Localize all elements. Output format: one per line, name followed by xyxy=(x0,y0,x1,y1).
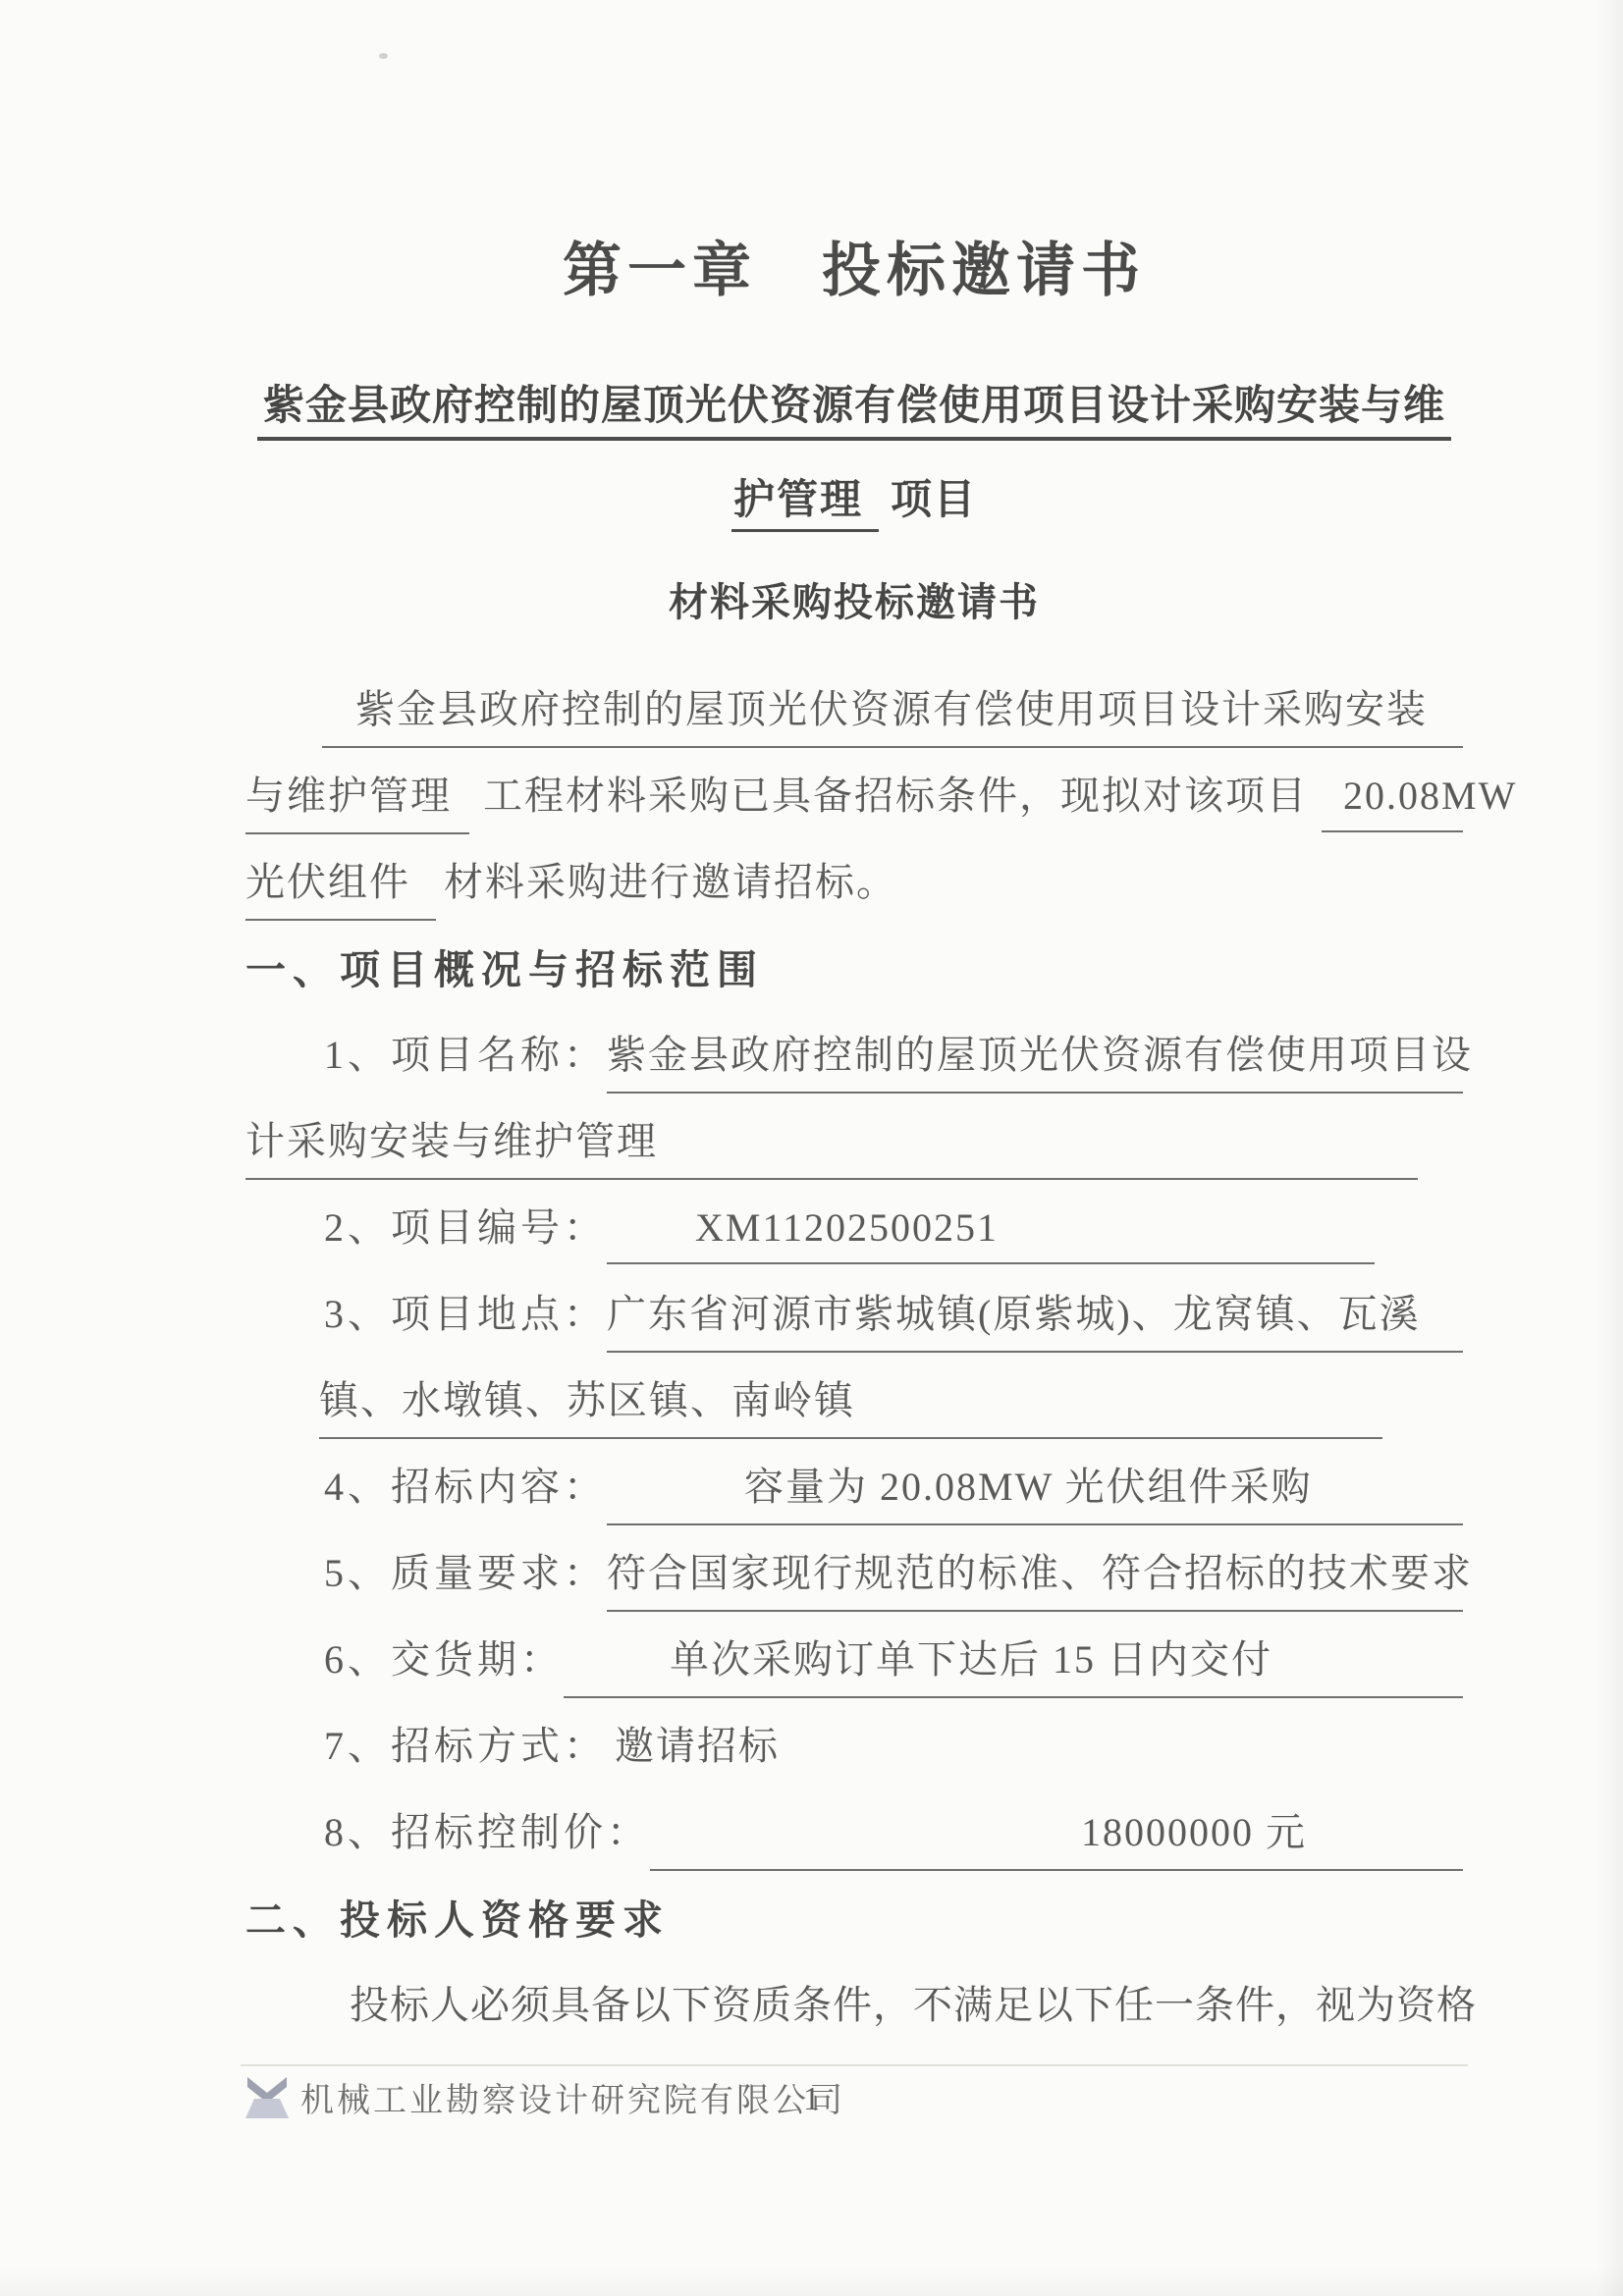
intro-text-3: 材料采购进行邀请招标。 xyxy=(444,851,897,907)
document-content: 第一章投标邀请书 紫金县政府控制的屋顶光伏资源有偿使用项目设计采购安装与维 护管… xyxy=(245,0,1463,2047)
item-4-line: 4、招标内容： 容量为 20.08MW 光伏组件采购 xyxy=(245,1442,1463,1528)
item-2-line: 2、项目编号： XM11202500251 xyxy=(245,1183,1463,1269)
item-5-label: 5、质量要求： xyxy=(324,1542,607,1598)
intro-underlined-2: 与维护管理 xyxy=(245,765,469,834)
item-1-line-2: 计采购安装与维护管理 xyxy=(245,1096,1463,1183)
section-1-heading: 一、项目概况与招标范围 xyxy=(245,924,1463,1010)
page-footer: 机械工业勘察设计研究院有限公司 1 xyxy=(0,2073,1623,2136)
item-4-value: 容量为 20.08MW 光伏组件采购 xyxy=(607,1456,1463,1525)
doc-subtitle: 材料采购投标邀请书 xyxy=(245,571,1463,627)
item-2-label: 2、项目编号： xyxy=(324,1197,607,1253)
item-5-line: 5、质量要求： 符合国家现行规范的标准、符合招标的技术要求 xyxy=(245,1528,1463,1615)
item-6-line: 6、交货期： 单次采购订单下达后 15 日内交付 xyxy=(245,1615,1463,1701)
project-title-text: 紫金县政府控制的屋顶光伏资源有偿使用项目设计采购安装与维 xyxy=(257,382,1451,441)
footer-separator xyxy=(241,2064,1468,2066)
project-title-line2: 护管理项目 xyxy=(245,467,1463,526)
chapter-number: 第一章 xyxy=(563,239,757,303)
item-1-line-1: 1、项目名称： 紫金县政府控制的屋顶光伏资源有偿使用项目设 xyxy=(245,1010,1463,1096)
item-7-label: 7、招标方式： xyxy=(324,1715,607,1771)
item-1-value-1: 紫金县政府控制的屋顶光伏资源有偿使用项目设 xyxy=(607,1024,1463,1094)
item-8-line: 8、招标控制价： 18000000 元 xyxy=(245,1788,1463,1874)
project-title-line1: 紫金县政府控制的屋顶光伏资源有偿使用项目设计采购安装与维 xyxy=(245,373,1463,432)
page-number: 1 xyxy=(0,2081,1623,2118)
intro-underlined-3: 光伏组件 xyxy=(245,851,436,921)
item-1-label: 1、项目名称： xyxy=(324,1024,607,1080)
project-title-underlined: 护管理 xyxy=(731,476,879,532)
section-2-paragraph: 投标人必须具备以下资质条件，不满足以下任一条件，视为资格 xyxy=(245,1960,1463,2047)
chapter-title: 第一章投标邀请书 xyxy=(245,224,1463,308)
item-8-value: 18000000 元 xyxy=(650,1801,1463,1871)
item-7-value: 邀请招标 xyxy=(615,1715,780,1771)
item-3-line-1: 3、项目地点： 广东省河源市紫城镇(原紫城)、龙窝镇、瓦溪 xyxy=(245,1269,1463,1356)
item-3-line-2: 镇、水墩镇、苏区镇、南岭镇 xyxy=(245,1356,1463,1442)
project-title-rest: 项目 xyxy=(891,476,977,522)
item-6-label: 6、交货期： xyxy=(324,1629,564,1684)
section-2-heading: 二、投标人资格要求 xyxy=(245,1874,1463,1960)
item-7-line: 7、招标方式： 邀请招标 xyxy=(245,1701,1463,1788)
section-2-paragraph-text: 投标人必须具备以下资质条件，不满足以下任一条件，视为资格 xyxy=(350,1974,1477,2030)
item-4-label: 4、招标内容： xyxy=(324,1456,607,1512)
item-6-value: 单次采购订单下达后 15 日内交付 xyxy=(564,1629,1463,1698)
item-8-label: 8、招标控制价： xyxy=(324,1801,650,1857)
intro-underlined-1: 紫金县政府控制的屋顶光伏资源有偿使用项目设计采购安装 xyxy=(322,678,1463,748)
item-2-value: XM11202500251 xyxy=(607,1204,1375,1264)
intro-line-3: 光伏组件 材料采购进行邀请招标。 xyxy=(245,837,1463,924)
intro-line-2: 与维护管理 工程材料采购已具备招标条件，现拟对该项目 20.08MW xyxy=(245,751,1463,837)
document-page: 第一章投标邀请书 紫金县政府控制的屋顶光伏资源有偿使用项目设计采购安装与维 护管… xyxy=(0,0,1623,2296)
item-3-value-2: 镇、水墩镇、苏区镇、南岭镇 xyxy=(319,1369,1382,1439)
intro-text-2: 工程材料采购已具备招标条件，现拟对该项目 xyxy=(483,765,1308,821)
intro-capacity-value: 20.08MW xyxy=(1322,773,1463,832)
item-3-value-1: 广东省河源市紫城镇(原紫城)、龙窝镇、瓦溪 xyxy=(607,1283,1463,1353)
intro-line-1: 紫金县政府控制的屋顶光伏资源有偿使用项目设计采购安装 xyxy=(245,665,1463,751)
document-body: 紫金县政府控制的屋顶光伏资源有偿使用项目设计采购安装 与维护管理 工程材料采购已… xyxy=(245,665,1463,2047)
item-5-value: 符合国家现行规范的标准、符合招标的技术要求 xyxy=(607,1542,1463,1612)
chapter-name: 投标邀请书 xyxy=(822,239,1146,303)
item-3-label: 3、项目地点： xyxy=(324,1283,607,1339)
item-1-value-2: 计采购安装与维护管理 xyxy=(245,1110,1418,1180)
